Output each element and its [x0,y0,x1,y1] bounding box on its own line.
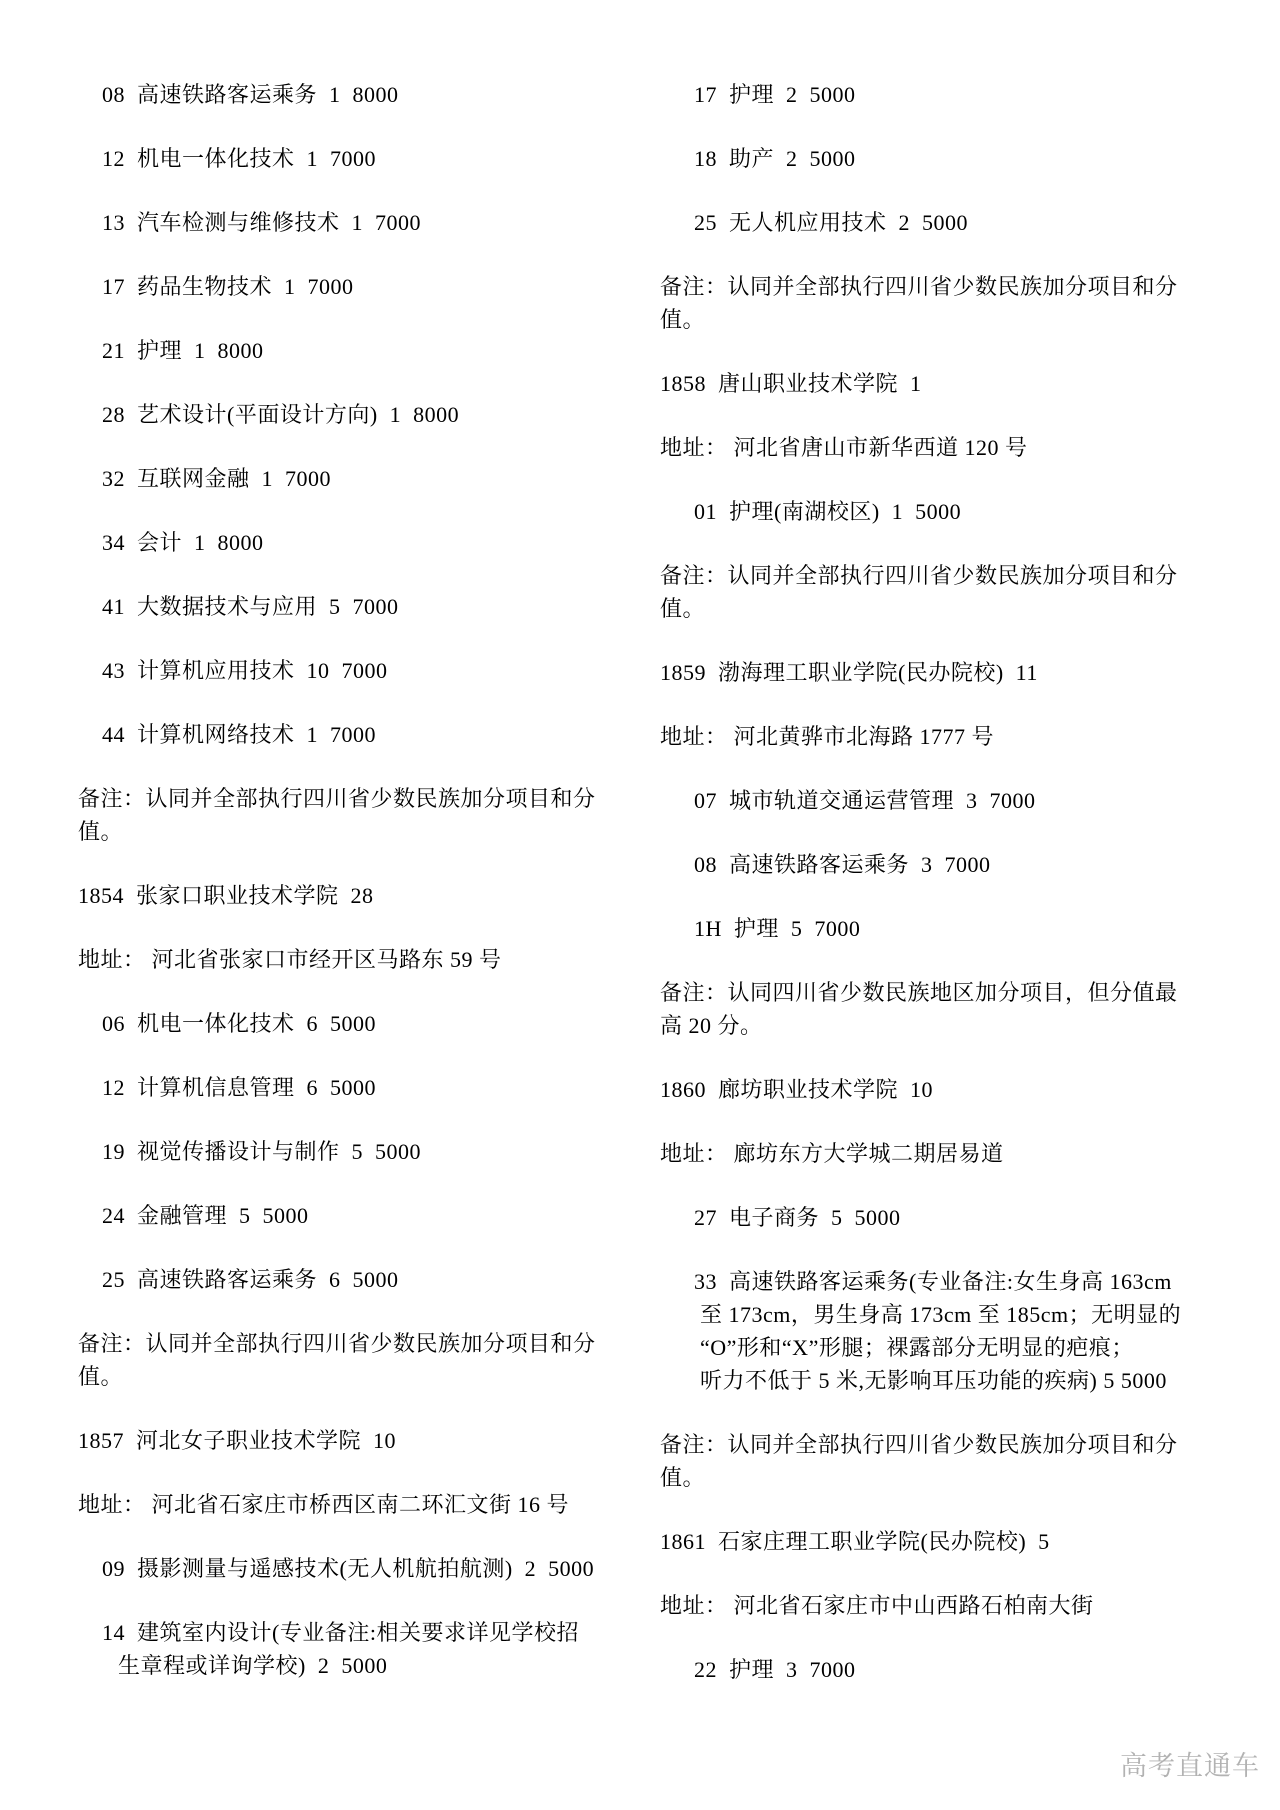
address-row: 地址： 河北省张家口市经开区马路东 59 号 [78,943,598,976]
text-line: 备注：认同并全部执行四川省少数民族加分项目和分 [660,270,1150,303]
text-line: 备注：认同并全部执行四川省少数民族加分项目和分 [78,1327,598,1360]
item-row: 07 城市轨道交通运营管理 3 7000 [660,784,1150,817]
text-line: 14 建筑室内设计(专业备注:相关要求详见学校招 [102,1616,598,1649]
item-row: 1H 护理 5 7000 [660,912,1150,945]
item-row: 33 高速铁路客运乘务(专业备注:女生身高 163cm至 173cm，男生身高 … [660,1265,1150,1397]
item-row: 09 摄影测量与遥感技术(无人机航拍航测) 2 5000 [78,1552,598,1585]
item-row: 13 汽车检测与维修技术 1 7000 [78,206,598,239]
item-row: 12 计算机信息管理 6 5000 [78,1071,598,1104]
text-line: 值。 [660,1461,1150,1494]
item-row: 41 大数据技术与应用 5 7000 [78,590,598,623]
school-row: 1857 河北女子职业技术学院 10 [78,1424,598,1457]
text-line: 1854 张家口职业技术学院 28 [78,879,598,912]
note-row: 备注：认同并全部执行四川省少数民族加分项目和分值。 [78,1327,598,1393]
address-row: 地址： 河北省石家庄市桥西区南二环汇文街 16 号 [78,1488,598,1521]
item-row: 18 助产 2 5000 [660,142,1150,175]
school-row: 1858 唐山职业技术学院 1 [660,367,1150,400]
text-line: 地址： 河北省石家庄市中山西路石柏南大街 [660,1589,1150,1622]
text-line: 41 大数据技术与应用 5 7000 [102,590,598,623]
text-line: 备注：认同四川省少数民族地区加分项目，但分值最 [660,976,1150,1009]
text-line: 22 护理 3 7000 [694,1653,1150,1686]
right-column: 17 护理 2 500018 助产 2 500025 无人机应用技术 2 500… [660,78,1150,1717]
text-line: 13 汽车检测与维修技术 1 7000 [102,206,598,239]
document-page: 08 高速铁路客运乘务 1 800012 机电一体化技术 1 700013 汽车… [0,0,1280,1810]
note-row: 备注：认同并全部执行四川省少数民族加分项目和分值。 [660,559,1150,625]
left-column: 08 高速铁路客运乘务 1 800012 机电一体化技术 1 700013 汽车… [78,78,598,1713]
school-row: 1861 石家庄理工职业学院(民办院校) 5 [660,1525,1150,1558]
text-line: 地址： 河北省唐山市新华西道 120 号 [660,431,1150,464]
item-row: 17 药品生物技术 1 7000 [78,270,598,303]
text-line: 25 高速铁路客运乘务 6 5000 [102,1263,598,1296]
text-line: 1857 河北女子职业技术学院 10 [78,1424,598,1457]
item-row: 06 机电一体化技术 6 5000 [78,1007,598,1040]
address-row: 地址： 河北省唐山市新华西道 120 号 [660,431,1150,464]
text-line: 17 护理 2 5000 [694,78,1150,111]
text-line: 27 电子商务 5 5000 [694,1201,1150,1234]
text-line: 08 高速铁路客运乘务 3 7000 [694,848,1150,881]
text-line: 44 计算机网络技术 1 7000 [102,718,598,751]
text-line: 24 金融管理 5 5000 [102,1199,598,1232]
text-line: 1H 护理 5 7000 [694,912,1150,945]
text-line: 备注：认同并全部执行四川省少数民族加分项目和分 [78,782,598,815]
text-line: 25 无人机应用技术 2 5000 [694,206,1150,239]
item-row: 34 会计 1 8000 [78,526,598,559]
item-row: 08 高速铁路客运乘务 3 7000 [660,848,1150,881]
item-row: 22 护理 3 7000 [660,1653,1150,1686]
text-line: 33 高速铁路客运乘务(专业备注:女生身高 163cm [694,1265,1150,1298]
text-line: 19 视觉传播设计与制作 5 5000 [102,1135,598,1168]
school-row: 1854 张家口职业技术学院 28 [78,879,598,912]
school-row: 1860 廊坊职业技术学院 10 [660,1073,1150,1106]
watermark: 高考直通车 [1120,1750,1260,1782]
text-line: 1858 唐山职业技术学院 1 [660,367,1150,400]
item-row: 08 高速铁路客运乘务 1 8000 [78,78,598,111]
item-row: 43 计算机应用技术 10 7000 [78,654,598,687]
address-row: 地址： 河北省石家庄市中山西路石柏南大街 [660,1589,1150,1622]
item-row: 01 护理(南湖校区) 1 5000 [660,495,1150,528]
note-row: 备注：认同并全部执行四川省少数民族加分项目和分值。 [78,782,598,848]
text-line: 高 20 分。 [660,1009,1150,1042]
item-row: 12 机电一体化技术 1 7000 [78,142,598,175]
text-line: 值。 [660,592,1150,625]
item-row: 25 高速铁路客运乘务 6 5000 [78,1263,598,1296]
text-line: 09 摄影测量与遥感技术(无人机航拍航测) 2 5000 [102,1552,598,1585]
text-line: 1861 石家庄理工职业学院(民办院校) 5 [660,1525,1150,1558]
text-line: 28 艺术设计(平面设计方向) 1 8000 [102,398,598,431]
item-row: 24 金融管理 5 5000 [78,1199,598,1232]
text-line: 至 173cm，男生身高 173cm 至 185cm；无明显的 [700,1298,1150,1331]
text-line: 07 城市轨道交通运营管理 3 7000 [694,784,1150,817]
item-row: 28 艺术设计(平面设计方向) 1 8000 [78,398,598,431]
text-line: 地址： 河北黄骅市北海路 1777 号 [660,720,1150,753]
item-row: 25 无人机应用技术 2 5000 [660,206,1150,239]
text-line: 值。 [78,815,598,848]
text-line: 01 护理(南湖校区) 1 5000 [694,495,1150,528]
item-row: 17 护理 2 5000 [660,78,1150,111]
note-row: 备注：认同并全部执行四川省少数民族加分项目和分值。 [660,270,1150,336]
text-line: 1860 廊坊职业技术学院 10 [660,1073,1150,1106]
note-row: 备注：认同并全部执行四川省少数民族加分项目和分值。 [660,1428,1150,1494]
text-line: 18 助产 2 5000 [694,142,1150,175]
item-row: 14 建筑室内设计(专业备注:相关要求详见学校招生章程或详询学校) 2 5000 [78,1616,598,1682]
text-line: 17 药品生物技术 1 7000 [102,270,598,303]
text-line: 21 护理 1 8000 [102,334,598,367]
text-line: 生章程或详询学校) 2 5000 [118,1649,598,1682]
text-line: 地址： 河北省石家庄市桥西区南二环汇文街 16 号 [78,1488,598,1521]
school-row: 1859 渤海理工职业学院(民办院校) 11 [660,656,1150,689]
text-line: 08 高速铁路客运乘务 1 8000 [102,78,598,111]
address-row: 地址： 河北黄骅市北海路 1777 号 [660,720,1150,753]
note-row: 备注：认同四川省少数民族地区加分项目，但分值最高 20 分。 [660,976,1150,1042]
item-row: 44 计算机网络技术 1 7000 [78,718,598,751]
text-line: 1859 渤海理工职业学院(民办院校) 11 [660,656,1150,689]
text-line: 值。 [660,303,1150,336]
text-line: 值。 [78,1360,598,1393]
text-line: 34 会计 1 8000 [102,526,598,559]
text-line: 12 计算机信息管理 6 5000 [102,1071,598,1104]
text-line: 12 机电一体化技术 1 7000 [102,142,598,175]
text-line: 听力不低于 5 米,无影响耳压功能的疾病) 5 5000 [700,1364,1150,1397]
text-line: 备注：认同并全部执行四川省少数民族加分项目和分 [660,559,1150,592]
text-line: 备注：认同并全部执行四川省少数民族加分项目和分 [660,1428,1150,1461]
text-line: 地址： 河北省张家口市经开区马路东 59 号 [78,943,598,976]
text-line: 32 互联网金融 1 7000 [102,462,598,495]
item-row: 21 护理 1 8000 [78,334,598,367]
item-row: 32 互联网金融 1 7000 [78,462,598,495]
text-line: “O”形和“X”形腿；裸露部分无明显的疤痕； [700,1331,1150,1364]
address-row: 地址： 廊坊东方大学城二期居易道 [660,1137,1150,1170]
text-line: 43 计算机应用技术 10 7000 [102,654,598,687]
item-row: 19 视觉传播设计与制作 5 5000 [78,1135,598,1168]
item-row: 27 电子商务 5 5000 [660,1201,1150,1234]
text-line: 地址： 廊坊东方大学城二期居易道 [660,1137,1150,1170]
text-line: 06 机电一体化技术 6 5000 [102,1007,598,1040]
